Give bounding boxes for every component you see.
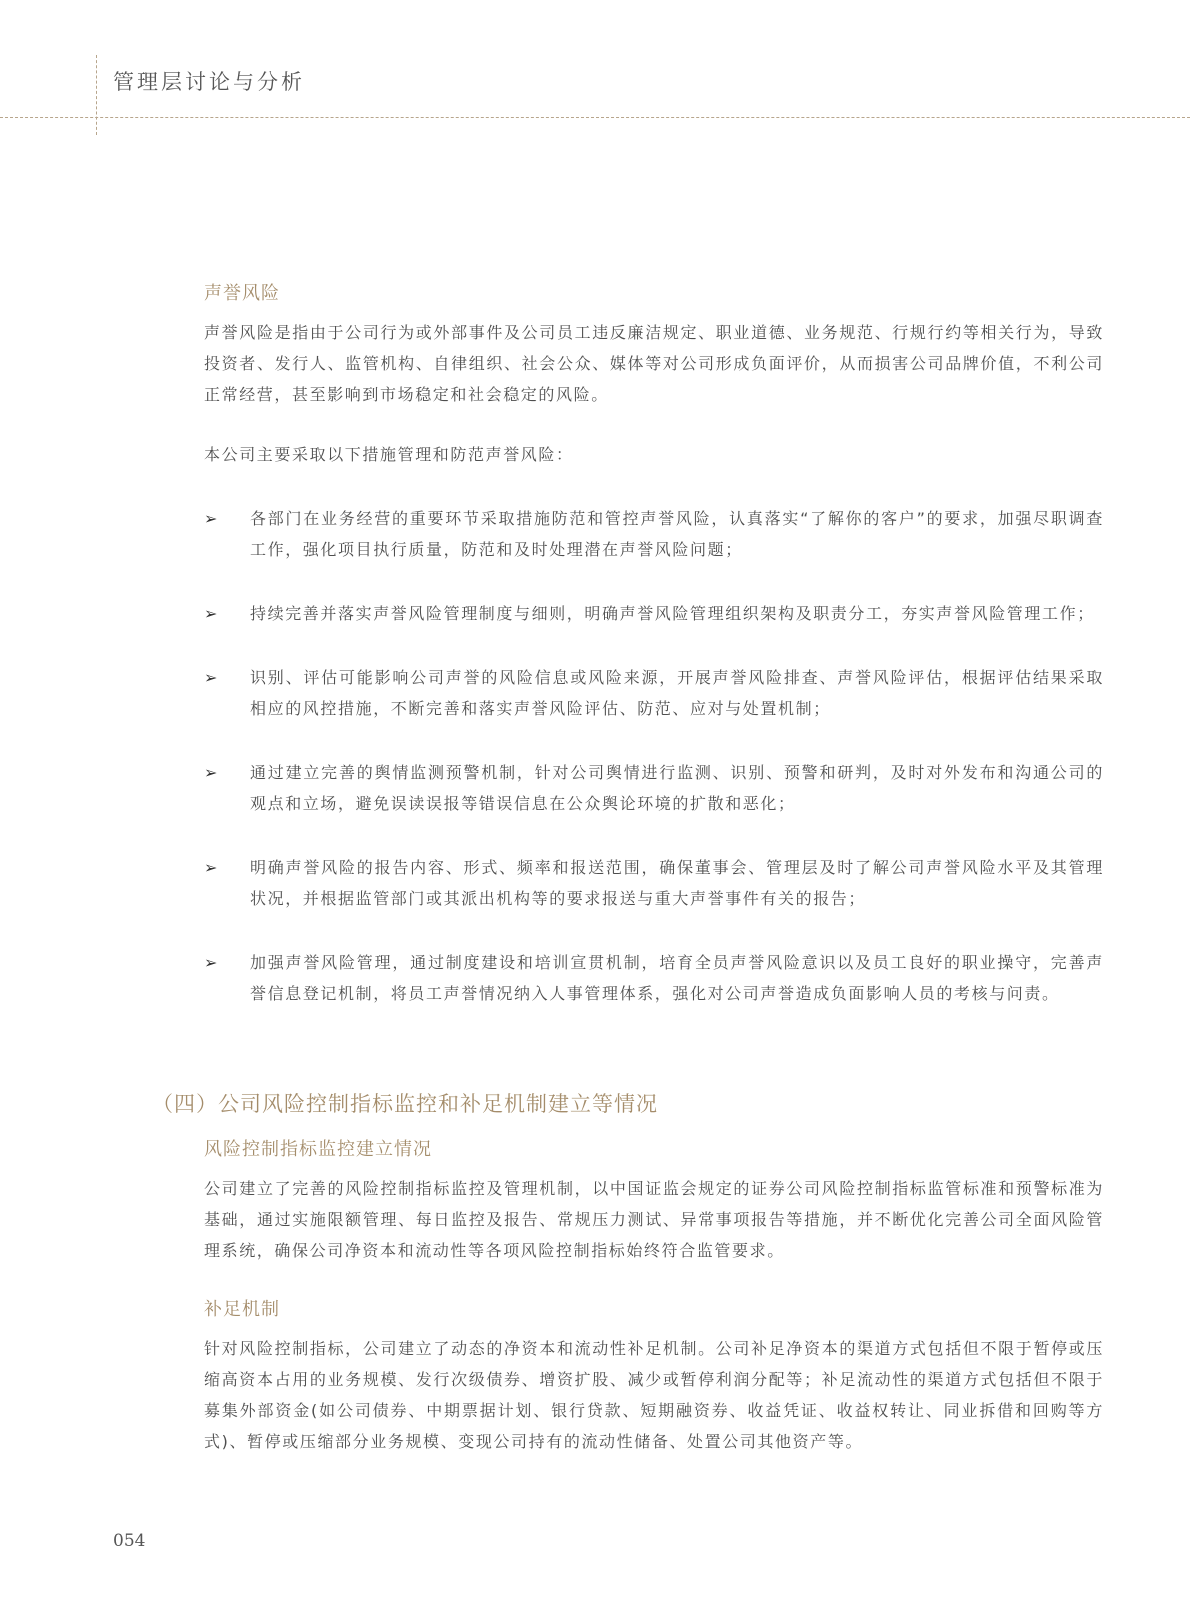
list-item-text: 通过建立完善的舆情监测预警机制，针对公司舆情进行监测、识别、预警和研判，及时对外… [250, 757, 1104, 819]
header-vertical-dashed-rule [96, 55, 97, 135]
list-item-text: 各部门在业务经营的重要环节采取措施防范和管控声誉风险，认真落实“了解你的客户”的… [250, 503, 1104, 565]
arrow-bullet-icon: ➢ [204, 662, 217, 693]
page-number: 054 [113, 1531, 145, 1551]
risk-control-section: 风险控制指标监控建立情况 公司建立了完善的风险控制指标监控及管理机制，以中国证监… [204, 1135, 1104, 1457]
arrow-bullet-icon: ➢ [204, 852, 217, 883]
list-item-text: 加强声誉风险管理，通过制度建设和培训宣贯机制，培育全员声誉风险意识以及员工良好的… [250, 947, 1104, 1009]
arrow-bullet-icon: ➢ [204, 947, 217, 978]
arrow-bullet-icon: ➢ [204, 598, 217, 629]
arrow-bullet-icon: ➢ [204, 757, 217, 788]
reputation-risk-definition: 声誉风险是指由于公司行为或外部事件及公司员工违反廉洁规定、职业道德、业务规范、行… [204, 317, 1104, 410]
replenishment-heading: 补足机制 [204, 1295, 1104, 1321]
list-item: ➢ 各部门在业务经营的重要环节采取措施防范和管控声誉风险，认真落实“了解你的客户… [204, 503, 1104, 565]
replenishment-text: 针对风险控制指标，公司建立了动态的净资本和流动性补足机制。公司补足净资本的渠道方… [204, 1333, 1104, 1457]
list-item: ➢ 通过建立完善的舆情监测预警机制，针对公司舆情进行监测、识别、预警和研判，及时… [204, 757, 1104, 819]
monitoring-heading: 风险控制指标监控建立情况 [204, 1135, 1104, 1161]
monitoring-text: 公司建立了完善的风险控制指标监控及管理机制，以中国证监会规定的证券公司风险控制指… [204, 1173, 1104, 1266]
list-item-text: 识别、评估可能影响公司声誉的风险信息或风险来源，开展声誉风险排查、声誉风险评估，… [250, 662, 1104, 724]
list-item-text: 明确声誉风险的报告内容、形式、频率和报送范围，确保董事会、管理层及时了解公司声誉… [250, 852, 1104, 914]
reputation-risk-heading: 声誉风险 [204, 279, 1104, 305]
reputation-risk-intro: 本公司主要采取以下措施管理和防范声誉风险： [204, 439, 1104, 470]
section-four-heading: （四）公司风险控制指标监控和补足机制建立等情况 [152, 1088, 658, 1118]
list-item: ➢ 持续完善并落实声誉风险管理制度与细则，明确声誉风险管理组织架构及职责分工，夯… [204, 598, 1104, 629]
list-item-text: 持续完善并落实声誉风险管理制度与细则，明确声誉风险管理组织架构及职责分工，夯实声… [250, 598, 1104, 629]
list-item: ➢ 明确声誉风险的报告内容、形式、频率和报送范围，确保董事会、管理层及时了解公司… [204, 852, 1104, 914]
running-header-title: 管理层讨论与分析 [113, 66, 305, 96]
header-horizontal-dashed-rule [0, 117, 1190, 118]
list-item: ➢ 加强声誉风险管理，通过制度建设和培训宣贯机制，培育全员声誉风险意识以及员工良… [204, 947, 1104, 1009]
list-item: ➢ 识别、评估可能影响公司声誉的风险信息或风险来源，开展声誉风险排查、声誉风险评… [204, 662, 1104, 724]
arrow-bullet-icon: ➢ [204, 503, 217, 534]
reputation-risk-section: 声誉风险 声誉风险是指由于公司行为或外部事件及公司员工违反廉洁规定、职业道德、业… [204, 279, 1104, 1009]
